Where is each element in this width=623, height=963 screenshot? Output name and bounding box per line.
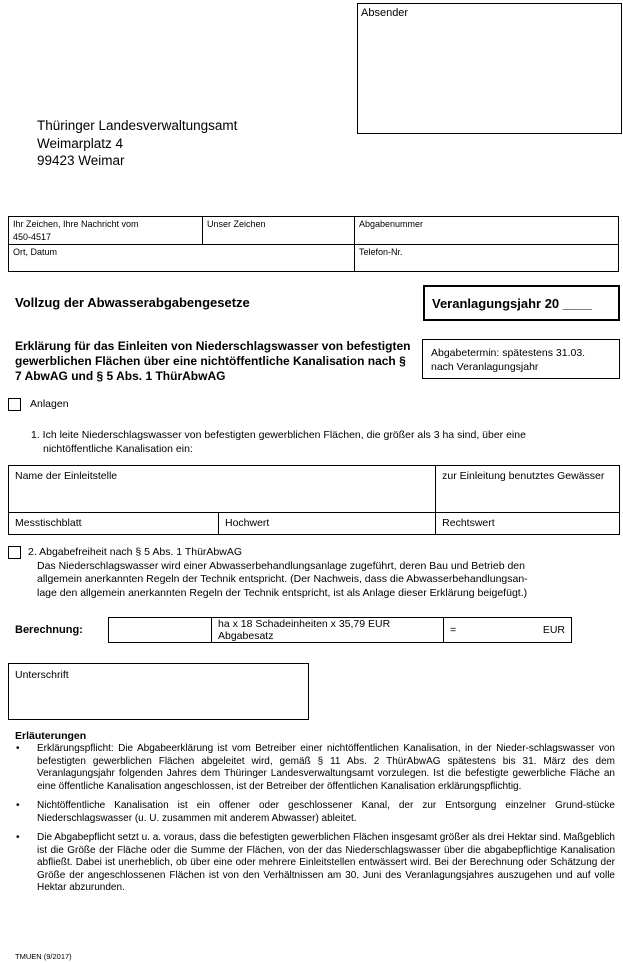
- note-item: • Die Abgabepflicht setzt u. a. voraus, …: [15, 832, 615, 895]
- discharge-point-label: Name der Einleitstelle: [15, 470, 117, 482]
- equals-sign: =: [450, 624, 456, 636]
- deadline-notice: Abgabetermin: spätestens 31.03. nach Ver…: [422, 339, 620, 379]
- phone-field[interactable]: Telefon-Nr.: [355, 245, 619, 272]
- calculation-table: ha x 18 Schadeinheiten x 35,79 EUR Abgab…: [108, 617, 572, 643]
- easting-field[interactable]: Rechtswert: [436, 513, 620, 535]
- recipient-street: Weimarplatz 4: [37, 135, 237, 153]
- note-item: • Nichtöffentliche Kanalisation ist ein …: [15, 800, 615, 825]
- your-reference-label: Ihr Zeichen, Ihre Nachricht vom: [13, 219, 198, 229]
- note-text: Die Abgabepflicht setzt u. a. voraus, da…: [37, 832, 615, 893]
- place-date-field[interactable]: Ort, Datum: [9, 245, 355, 272]
- bullet-icon: •: [16, 800, 20, 813]
- attachments-label: Anlagen: [30, 398, 69, 412]
- place-date-label: Ort, Datum: [13, 247, 350, 257]
- item1-text-line-2: nichtöffentliche Kanalisation ein:: [31, 443, 526, 457]
- calculation-label: Berechnung:: [15, 624, 83, 636]
- item2-line-1: Das Niederschlagswasser wird einer Abwas…: [28, 560, 620, 574]
- item2-line-3: lage den allgemein anerkannten Regeln de…: [28, 587, 620, 601]
- item1-text: 1. Ich leite Niederschlagswasser von bef…: [31, 429, 526, 456]
- calculation-result-field[interactable]: = EUR: [444, 618, 572, 643]
- note-item: • Erklärungspflicht: Die Abgabeerklärung…: [15, 743, 615, 793]
- currency-label: EUR: [543, 624, 565, 636]
- map-sheet-field[interactable]: Messtischblatt: [9, 513, 219, 535]
- exemption-checkbox[interactable]: [8, 546, 21, 559]
- bullet-icon: •: [16, 743, 20, 756]
- assessment-year-field[interactable]: Veranlagungsjahr 20 ____: [423, 285, 620, 321]
- item1-text-line-1: 1. Ich leite Niederschlagswasser von bef…: [31, 429, 526, 443]
- water-body-label: zur Einleitung benutztes Gewässer: [442, 470, 604, 482]
- reference-table: Ihr Zeichen, Ihre Nachricht vom 450-4517…: [8, 216, 619, 272]
- item2-title: 2. Abgabefreiheit nach § 5 Abs. 1 ThürAb…: [28, 546, 620, 560]
- tax-number-field[interactable]: Abgabenummer: [355, 217, 619, 245]
- item2-line-2: allgemein anerkannten Regeln der Technik…: [28, 573, 620, 587]
- northing-label: Hochwert: [225, 517, 269, 529]
- deadline-line-2: nach Veranlagungsjahr: [431, 360, 611, 374]
- northing-field[interactable]: Hochwert: [219, 513, 436, 535]
- map-sheet-label: Messtischblatt: [15, 517, 82, 529]
- calculation-formula: ha x 18 Schadeinheiten x 35,79 EUR Abgab…: [212, 618, 444, 643]
- bullet-icon: •: [16, 832, 20, 845]
- form-title: Vollzug der Abwasserabgabengesetze: [15, 295, 250, 310]
- recipient-address: Thüringer Landesverwaltungsamt Weimarpla…: [37, 117, 237, 170]
- recipient-city: 99423 Weimar: [37, 152, 237, 170]
- deadline-line-1: Abgabetermin: spätestens 31.03.: [431, 346, 611, 360]
- note-text: Erklärungspflicht: Die Abgabeerklärung i…: [37, 743, 615, 792]
- discharge-point-field[interactable]: Name der Einleitstelle: [9, 466, 436, 513]
- our-reference-label: Unser Zeichen: [207, 219, 350, 229]
- form-id: TMUEN (9/2017): [15, 952, 72, 961]
- attachments-checkbox[interactable]: [8, 398, 21, 411]
- item2-text: 2. Abgabefreiheit nach § 5 Abs. 1 ThürAb…: [28, 546, 620, 600]
- notes-list: • Erklärungspflicht: Die Abgabeerklärung…: [15, 743, 615, 902]
- form-subtitle: Erklärung für das Einleiten von Niedersc…: [15, 339, 415, 384]
- sender-label: Absender: [361, 7, 408, 19]
- sender-field[interactable]: Absender: [357, 3, 622, 134]
- your-reference-field[interactable]: Ihr Zeichen, Ihre Nachricht vom 450-4517: [9, 217, 203, 245]
- easting-label: Rechtswert: [442, 517, 495, 529]
- tax-number-label: Abgabenummer: [359, 219, 614, 229]
- discharge-table: Name der Einleitstelle zur Einleitung be…: [8, 465, 620, 535]
- signature-label: Unterschrift: [15, 669, 69, 681]
- water-body-field[interactable]: zur Einleitung benutztes Gewässer: [436, 466, 620, 513]
- hectare-input[interactable]: [109, 618, 212, 643]
- notes-title: Erläuterungen: [15, 730, 86, 742]
- recipient-name: Thüringer Landesverwaltungsamt: [37, 117, 237, 135]
- your-reference-value: 450-4517: [13, 232, 198, 242]
- signature-field[interactable]: Unterschrift: [8, 663, 309, 720]
- note-text: Nichtöffentliche Kanalisation ist ein of…: [37, 800, 615, 824]
- our-reference-field[interactable]: Unser Zeichen: [203, 217, 355, 245]
- phone-label: Telefon-Nr.: [359, 247, 614, 257]
